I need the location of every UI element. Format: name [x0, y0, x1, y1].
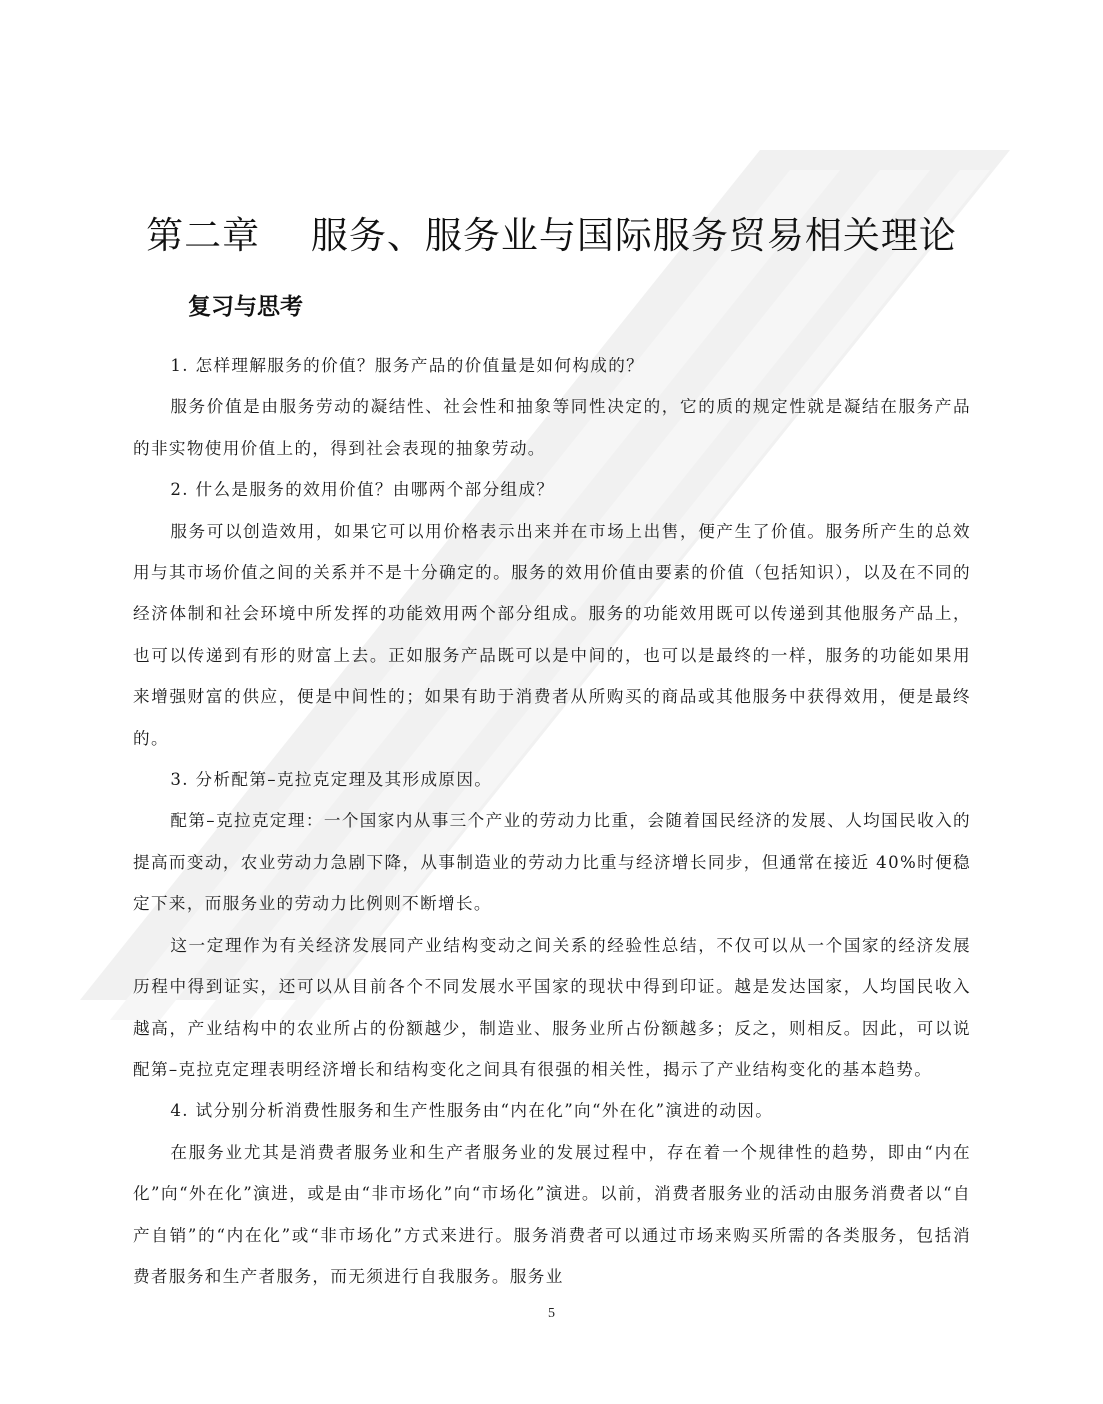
answer-3-part-2: 这一定理作为有关经济发展同产业结构变动之间关系的经验性总结，不仅可以从一个国家的…	[133, 925, 971, 1091]
question-1: 1. 怎样理解服务的价值？服务产品的价值量是如何构成的？	[133, 345, 971, 386]
answer-2: 服务可以创造效用，如果它可以用价格表示出来并在市场上出售，便产生了价值。服务所产…	[133, 511, 971, 759]
question-4: 4. 试分别分析消费性服务和生产性服务由“内在化”向“外在化”演进的动因。	[133, 1090, 971, 1131]
answer-4: 在服务业尤其是消费者服务业和生产者服务业的发展过程中，存在着一个规律性的趋势，即…	[133, 1132, 971, 1298]
section-title: 复习与思考	[188, 288, 303, 321]
question-3: 3. 分析配第–克拉克定理及其形成原因。	[133, 759, 971, 800]
document-page: 第二章 服务、服务业与国际服务贸易相关理论 复习与思考 1. 怎样理解服务的价值…	[0, 0, 1103, 1404]
answer-1: 服务价值是由服务劳动的凝结性、社会性和抽象等同性决定的，它的质的规定性就是凝结在…	[133, 386, 971, 469]
body-text: 1. 怎样理解服务的价值？服务产品的价值量是如何构成的？ 服务价值是由服务劳动的…	[133, 345, 971, 1297]
question-2: 2. 什么是服务的效用价值？由哪两个部分组成？	[133, 469, 971, 510]
answer-3-part-1: 配第–克拉克定理：一个国家内从事三个产业的劳动力比重，会随着国民经济的发展、人均…	[133, 800, 971, 924]
page-number: 5	[0, 1306, 1103, 1322]
chapter-title: 第二章 服务、服务业与国际服务贸易相关理论	[0, 205, 1103, 259]
